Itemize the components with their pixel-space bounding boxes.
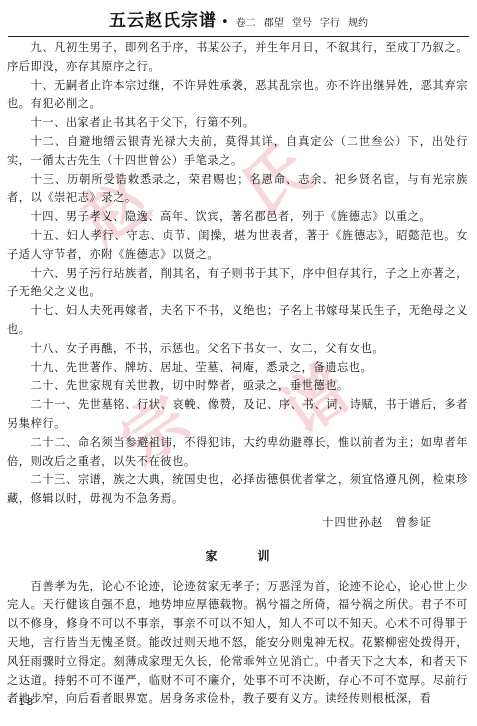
- book-title: 五云赵氏宗谱: [109, 11, 217, 31]
- rule-paragraph: 二十一、先世墓铭、行状、哀輓、像赞，及记、序、书、词、诗赋，书于谱后，多者另集梓…: [7, 396, 468, 434]
- page-header: 五云赵氏宗谱•卷二 郡望 堂号 字行 规约: [8, 6, 469, 37]
- rule-paragraph: 十一、出家者止书其名于父下，行第不列。: [7, 114, 468, 133]
- rule-paragraph: 十六、男子污行玷族者，削其名，有子则书于其下，序中但存其行，子之上亦著之，子无绝…: [7, 265, 468, 303]
- rule-paragraph: 十三、历朝所受诰敕悉录之，荣君赐也；名恩命、志余、祀乡贤名宦，与有光宗族者，以《…: [7, 171, 468, 209]
- rule-paragraph: 二十三、宗谱，族之大典，统国史也，必择齿德俱优者掌之，须宜恪遵凡例，检束珍藏，修…: [7, 471, 468, 509]
- body-text: 九、凡初生男子，即列名于序，书某公子，并生年月日，不叙其行，至成丁乃叙之。序后即…: [7, 39, 468, 709]
- rule-paragraph: 十五、妇人孝行、守志、贞节、闺操，堪为世表者，著于《旌德志》，昭懿范也。女子适人…: [7, 227, 468, 265]
- rule-paragraph: 十四、男子孝义、隐逸、高年、饮宾，著名郡邑者，列于《旌德志》以重之。: [7, 208, 468, 227]
- rule-paragraph: 九、凡初生男子，即列名于序，书某公子，并生年月日，不叙其行，至成丁乃叙之。序后即…: [7, 39, 468, 77]
- header-section: 卷二: [236, 18, 256, 29]
- rule-paragraph: 二十、先世家规有关世教，切中时弊者，亟录之，垂世德也。: [7, 377, 468, 396]
- header-section: 字行: [320, 18, 340, 29]
- header-section: 郡望: [264, 18, 284, 29]
- rule-paragraph: 十八、女子再醮，不书，示惩也。父名下书女一、女二，父有女也。: [7, 340, 468, 359]
- header-section: 规约: [348, 18, 368, 29]
- section-title-family-instructions: 家训: [7, 547, 468, 566]
- separator-dot: •: [221, 15, 229, 30]
- rule-paragraph: 十七、妇人夫死再嫁者，夫名下不书，义绝也；子名上书嫁母某氏生子，无绝母之义也。: [7, 302, 468, 340]
- rule-paragraph: 十九、先世著作、牌坊、居址、茔墓、祠庵，悉录之，备遗忘也。: [7, 359, 468, 378]
- rule-paragraph: 十二、自避地缙云银青光禄大夫前，莫得其详，自真定公（二世叁公）下，出处行实，一循…: [7, 133, 468, 171]
- signature: 十四世孙赵 曾参证: [7, 514, 468, 533]
- rule-paragraph: 二十二、命名须当参避祖讳，不得犯讳，大约卑幼避尊长，惟以前者为主；如卑者年倍，则…: [7, 434, 468, 472]
- family-instructions-paragraph: 百善孝为先，论心不论迹，论迹贫家无孝子；万恶淫为首，论迹不论心，论心世上少完人。…: [7, 578, 468, 710]
- rule-paragraph: 十、无嗣者止许本宗过继，不许异姓承袭，恶其乱宗也。亦不许出继异姓，恶其弃宗也。有…: [7, 77, 468, 115]
- header-section: 堂号: [292, 18, 312, 29]
- page-number: · 18 ·: [8, 697, 45, 708]
